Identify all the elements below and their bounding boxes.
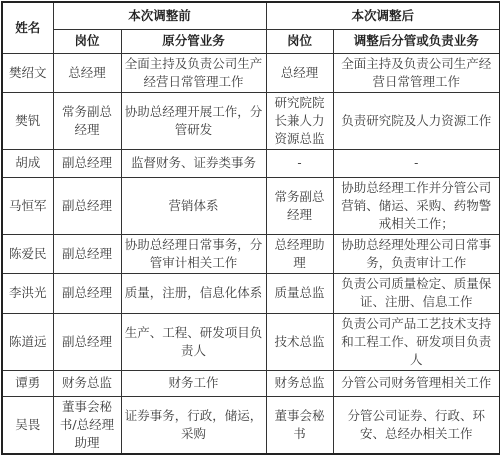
table-row: 吴畏 董事会秘书/总经理助理 证券事务，行政，储运，采购 董事会秘书 分管公司证… — [2, 396, 500, 443]
cell-before-duties: 证券事务，行政，储运，采购 — [121, 396, 266, 443]
table-row: 马恒军 副总经理 营销体系 常务副总经理 协助总经理工作并分管公司营销、储运、采… — [2, 177, 500, 234]
header-after-group: 本次调整后 — [266, 2, 500, 29]
table-row: 陈爱民 副总经理 协助总经理日常事务，分管审计相关工作 总经理助理 协助总经理处… — [2, 234, 500, 273]
cell-name: 陈爱民 — [2, 234, 53, 273]
cell-before-duties: 财务工作 — [121, 370, 266, 396]
cell-after-position: 总经理 — [266, 53, 333, 92]
cell-after-position: 总经理助理 — [266, 234, 333, 273]
cell-after-position: 技术总监 — [266, 313, 333, 370]
table-row: 樊绍文 总经理 全面主持及负责公司生产经营日常管理工作 总经理 全面主持及负责公… — [2, 53, 500, 92]
table-row: 胡成 副总经理 监督财务、证券类事务 - - — [2, 149, 500, 177]
cell-name: 李洪光 — [2, 273, 53, 313]
cell-after-position: - — [266, 149, 333, 177]
header-before-position: 岗位 — [53, 29, 121, 53]
cell-after-duties: 协助总经理处理公司日常事务，负责审计工作 — [333, 234, 500, 273]
cell-before-position: 副总经理 — [53, 313, 121, 370]
cell-after-duties: 负责公司质量检定、质量保证、注册、信息工作 — [333, 273, 500, 313]
personnel-adjustment-table: 姓名 本次调整前 本次调整后 岗位 原分管业务 岗位 调整后分管或负责业务 樊绍… — [1, 1, 500, 443]
header-after-position: 岗位 — [266, 29, 333, 53]
header-before-duties: 原分管业务 — [121, 29, 266, 53]
header-name: 姓名 — [2, 2, 53, 53]
cell-name: 樊绍文 — [2, 53, 53, 92]
cell-after-duties: 全面主持及负责公司生产经营日常管理工作 — [333, 53, 500, 92]
table-row: 谭勇 财务总监 财务工作 财务总监 分管公司财务管理相关工作 — [2, 370, 500, 396]
cell-name: 胡成 — [2, 149, 53, 177]
cell-after-position: 质量总监 — [266, 273, 333, 313]
cell-after-duties: 负责研究院及人力资源工作 — [333, 92, 500, 149]
cell-before-position: 常务副总经理 — [53, 92, 121, 149]
cell-before-duties: 营销体系 — [121, 177, 266, 234]
cell-before-position: 副总经理 — [53, 149, 121, 177]
cell-name: 马恒军 — [2, 177, 53, 234]
cell-before-position: 副总经理 — [53, 273, 121, 313]
cell-before-duties: 质量，注册，信息化体系 — [121, 273, 266, 313]
cell-after-duties: 负责公司产品工艺技术支持和工程工作、研发项目负责人 — [333, 313, 500, 370]
cell-after-duties: 分管公司证券、行政、环安、总经办相关工作 — [333, 396, 500, 443]
cell-after-duties: 分管公司财务管理相关工作 — [333, 370, 500, 396]
table-row: 李洪光 副总经理 质量，注册，信息化体系 质量总监 负责公司质量检定、质量保证、… — [2, 273, 500, 313]
cell-before-duties: 协助总经理日常事务，分管审计相关工作 — [121, 234, 266, 273]
cell-name: 谭勇 — [2, 370, 53, 396]
cell-after-position: 研究院院长兼人力资源总监 — [266, 92, 333, 149]
cell-after-duties: - — [333, 149, 500, 177]
table-row: 樊钒 常务副总经理 协助总经理开展工作，分管研发 研究院院长兼人力资源总监 负责… — [2, 92, 500, 149]
cell-name: 樊钒 — [2, 92, 53, 149]
cell-before-position: 董事会秘书/总经理助理 — [53, 396, 121, 443]
cell-before-duties: 全面主持及负责公司生产经营日常管理工作 — [121, 53, 266, 92]
cell-before-position: 副总经理 — [53, 234, 121, 273]
cell-before-position: 副总经理 — [53, 177, 121, 234]
cell-after-position: 财务总监 — [266, 370, 333, 396]
cell-after-position: 常务副总经理 — [266, 177, 333, 234]
cell-after-duties: 协助总经理工作并分管公司营销、储运、采购、药物警戒相关工作； — [333, 177, 500, 234]
cell-name: 陈道远 — [2, 313, 53, 370]
header-before-group: 本次调整前 — [53, 2, 266, 29]
cell-before-duties: 生产、工程、研发项目负责人 — [121, 313, 266, 370]
header-after-duties: 调整后分管或负责业务 — [333, 29, 500, 53]
cell-before-position: 财务总监 — [53, 370, 121, 396]
cell-before-duties: 协助总经理开展工作，分管研发 — [121, 92, 266, 149]
cell-after-position: 董事会秘书 — [266, 396, 333, 443]
table-row: 陈道远 副总经理 生产、工程、研发项目负责人 技术总监 负责公司产品工艺技术支持… — [2, 313, 500, 370]
cell-name: 吴畏 — [2, 396, 53, 443]
cell-before-duties: 监督财务、证券类事务 — [121, 149, 266, 177]
cell-before-position: 总经理 — [53, 53, 121, 92]
